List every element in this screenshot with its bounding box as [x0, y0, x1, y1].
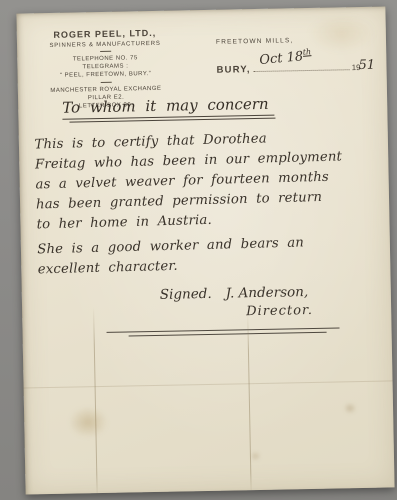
signature-name: J. Anderson,	[226, 284, 309, 302]
letterhead-divider	[100, 82, 111, 83]
signature-rule	[129, 332, 327, 337]
fold-crease-horizontal	[24, 380, 393, 388]
date-row: BURY, Oct 18th 19 51	[216, 54, 381, 77]
fold-crease-vertical	[93, 307, 98, 493]
letterhead-divider	[100, 51, 111, 52]
signed-label: Signed.	[160, 286, 212, 303]
date-dotted-line: Oct 18th	[253, 54, 349, 72]
date-superscript: th	[303, 47, 312, 57]
salutation-block: To whom it may concern	[62, 95, 278, 123]
salutation-heading: To whom it may concern	[62, 95, 278, 117]
scan-background: ROGER PEEL, LTD., SPINNERS & MANUFACTURE…	[0, 0, 397, 500]
stain	[251, 452, 260, 460]
signature-line: Signed.J. Anderson,	[160, 284, 309, 303]
fold-crease-vertical	[247, 314, 251, 490]
letter-body: This is to certify that Dorothea Freitag…	[34, 126, 382, 280]
date-handwritten: Oct 18th	[259, 47, 312, 68]
year-handwritten: 51	[358, 58, 375, 73]
signature-title: Director.	[246, 303, 313, 319]
company-name: ROGER PEEL, LTD.,	[27, 27, 183, 40]
telegrams-value: “ PEEL, FREETOWN, BURY.”	[28, 69, 184, 80]
stain	[344, 403, 356, 413]
company-subtitle: SPINNERS & MANUFACTURERS	[27, 40, 183, 49]
letter-paper: ROGER PEEL, LTD., SPINNERS & MANUFACTURE…	[16, 7, 394, 495]
city-line: BURY,	[216, 64, 250, 76]
stain	[68, 406, 109, 439]
